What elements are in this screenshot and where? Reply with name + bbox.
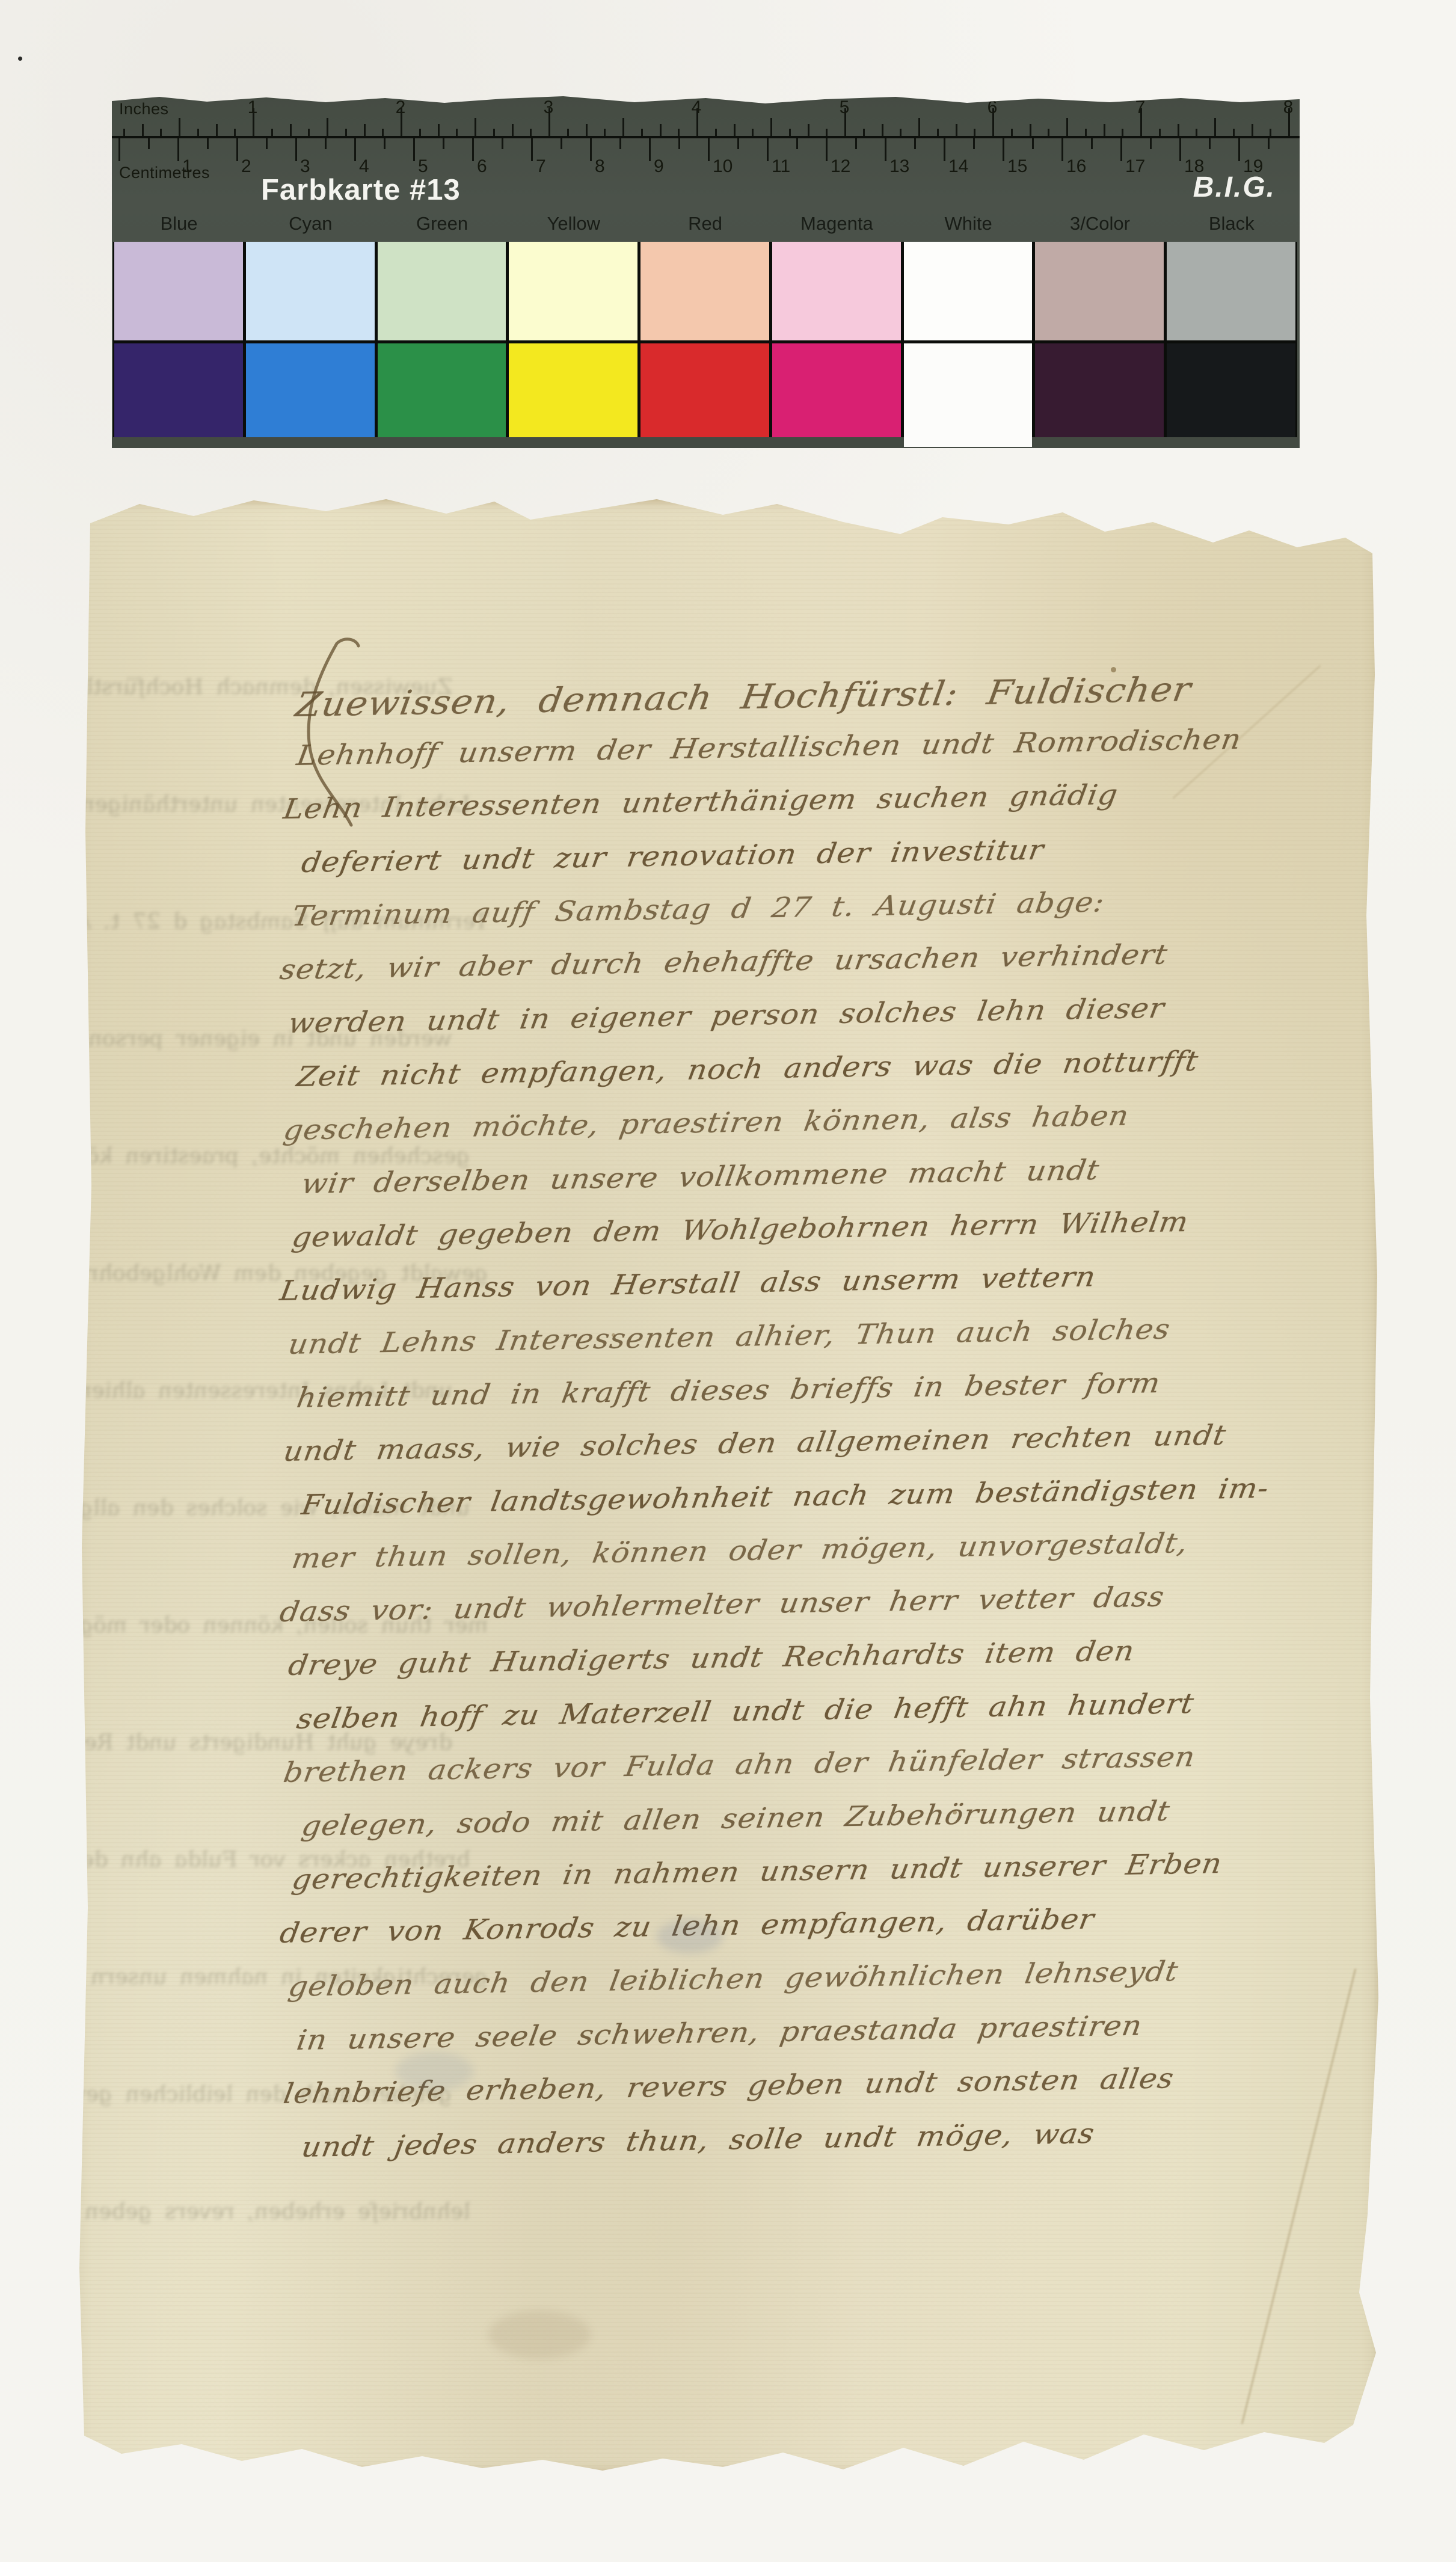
inch-tick <box>1104 124 1105 136</box>
color-patch-vivid <box>640 343 769 437</box>
cm-tick <box>767 138 769 161</box>
handwritten-line: geschehen möchte, praestiren können, als… <box>281 1099 1132 1146</box>
inch-tick <box>770 118 772 136</box>
handwritten-line: undt maass, wie solches den allgemeinen … <box>281 1419 1229 1467</box>
cm-tick <box>177 138 179 161</box>
handwritten-line: Terminum auff Sambstag d 27 t. Augusti a… <box>290 886 1107 932</box>
color-label-cyan: Cyan <box>245 213 376 235</box>
inch-tick <box>512 124 514 136</box>
cm-tick <box>914 138 916 149</box>
inch-tick <box>660 124 662 136</box>
handwritten-line: undt Lehns Interessenten alhier, Thun au… <box>286 1312 1173 1360</box>
color-patch-vivid <box>378 343 506 437</box>
patch-column-white <box>904 242 1033 437</box>
color-labels-row: BlueCyanGreenYellowRedMagentaWhite3/Colo… <box>112 213 1300 236</box>
cm-number: 9 <box>654 156 664 177</box>
cm-tick <box>944 138 945 161</box>
color-patch-vivid <box>1035 343 1164 437</box>
inch-tick <box>456 129 458 136</box>
handwritten-line: Fuldischer landtsgewohnheit nach zum bes… <box>299 1472 1271 1521</box>
cm-tick <box>708 138 710 161</box>
inch-tick <box>808 124 809 136</box>
inch-number: 8 <box>1283 97 1294 118</box>
handwritten-line: dass vor: undt wohlermelter unser herr v… <box>278 1580 1167 1628</box>
cm-tick <box>1268 138 1270 149</box>
inch-tick <box>1178 124 1179 136</box>
cm-tick <box>502 138 503 149</box>
cm-number: 7 <box>536 156 546 177</box>
handwritten-line: gewaldt gegeben dem Wohlgebohrnen herrn … <box>290 1205 1191 1253</box>
inch-number: 5 <box>840 97 850 118</box>
handwritten-line: hiemitt und in krafft dieses brieffs in … <box>295 1366 1163 1414</box>
inch-tick <box>1048 129 1049 136</box>
color-label-yellow: Yellow <box>508 213 639 235</box>
cm-number: 12 <box>831 156 850 177</box>
cm-tick <box>1238 138 1240 161</box>
inch-tick <box>234 129 236 136</box>
color-patch-pale <box>246 242 375 340</box>
handwritten-line: Ludwig Hanss von Herstall alss unserm ve… <box>278 1260 1099 1307</box>
patch-column-yellow <box>509 242 637 437</box>
cm-tick <box>1179 138 1181 161</box>
cm-tick <box>561 138 562 149</box>
color-patch-pale <box>1167 242 1295 340</box>
inch-tick <box>1233 129 1235 136</box>
color-patch-pale <box>509 242 637 340</box>
color-patch-pale <box>114 242 243 340</box>
handwritten-line: wir derselben unsere vollkommene macht u… <box>299 1154 1102 1200</box>
cm-tick <box>1209 138 1211 149</box>
inch-tick <box>586 124 588 136</box>
color-patch-vivid <box>772 343 901 437</box>
inch-tick <box>900 129 902 136</box>
color-patch-pale <box>772 242 901 340</box>
handwritten-line: Zeit nicht empfangen, noch anders was di… <box>295 1045 1201 1093</box>
paper-speck <box>1111 667 1116 672</box>
inch-tick <box>308 129 310 136</box>
inch-number: 7 <box>1135 97 1146 118</box>
inch-tick <box>1030 124 1031 136</box>
color-label-black: Black <box>1166 213 1297 235</box>
patch-column-magenta <box>772 242 901 437</box>
inch-tick <box>1159 129 1161 136</box>
cm-tick <box>855 138 857 149</box>
inch-ruler: 12345678 <box>112 95 1300 136</box>
inch-tick <box>752 129 754 136</box>
inch-number: 1 <box>248 97 258 118</box>
color-patch-pale <box>378 242 506 340</box>
cm-tick <box>678 138 680 149</box>
handwritten-line: deferiert undt zur renovation der invest… <box>299 834 1046 879</box>
color-label-3-color: 3/Color <box>1034 213 1166 235</box>
color-patch-vivid <box>246 343 375 437</box>
cm-number: 2 <box>241 156 251 177</box>
color-calibration-card: Inches 12345678 123456789101112131415161… <box>112 95 1300 448</box>
patch-column-3-color <box>1035 242 1164 437</box>
color-label-red: Red <box>639 213 771 235</box>
color-patch-pale <box>1035 242 1164 340</box>
cm-tick <box>472 138 474 161</box>
cm-tick <box>531 138 533 161</box>
color-patch-grid <box>113 242 1297 437</box>
cm-tick <box>295 138 297 161</box>
inch-tick <box>937 129 939 136</box>
inch-tick <box>567 129 569 136</box>
inch-tick <box>1270 129 1271 136</box>
inch-tick <box>918 118 920 136</box>
cm-number: 8 <box>595 156 605 177</box>
color-patch-pale <box>640 242 769 340</box>
inch-tick <box>216 124 218 136</box>
inch-tick <box>974 129 975 136</box>
inch-tick <box>956 124 957 136</box>
inch-tick <box>382 129 384 136</box>
inch-number: 4 <box>692 97 702 118</box>
centimetres-label: Centimetres <box>119 164 210 182</box>
cm-tick <box>885 138 886 161</box>
cm-tick <box>1061 138 1063 161</box>
patch-column-blue <box>114 242 243 437</box>
cm-tick <box>118 138 120 161</box>
handwritten-line: undt jedes anders thun, solle undt möge,… <box>299 2117 1098 2163</box>
cm-tick <box>649 138 651 161</box>
cm-tick <box>619 138 621 149</box>
handwritten-line: gerechtigkeiten in nahmen unsern undt un… <box>290 1847 1225 1896</box>
color-patch-pale <box>904 242 1033 340</box>
cm-tick <box>796 138 798 149</box>
cm-tick <box>413 138 415 161</box>
cm-number: 16 <box>1066 156 1086 177</box>
color-label-blue: Blue <box>113 213 245 235</box>
inch-tick <box>142 124 144 136</box>
cm-tick <box>148 138 150 149</box>
card-brand: B.I.G. <box>1193 171 1276 204</box>
inch-tick <box>622 118 624 136</box>
cm-tick <box>737 138 739 149</box>
inch-tick <box>678 129 680 136</box>
cm-tick <box>266 138 268 149</box>
handwritten-line: setzt, wir aber durch ehehaffte ursachen… <box>278 938 1170 986</box>
patch-column-black <box>1167 242 1295 437</box>
cm-tick <box>384 138 386 149</box>
cm-tick <box>207 138 209 149</box>
inch-tick <box>438 124 440 136</box>
cm-tick <box>1120 138 1122 161</box>
inch-tick <box>530 129 532 136</box>
inch-tick <box>419 129 421 136</box>
cm-number: 14 <box>948 156 968 177</box>
inch-number: 2 <box>396 97 406 118</box>
paper-stain <box>488 2311 591 2359</box>
inch-tick <box>1252 124 1253 136</box>
handwritten-line: werden undt in eigener person solches le… <box>286 992 1167 1039</box>
cm-number: 11 <box>772 156 790 177</box>
paper-speck <box>612 1333 615 1337</box>
cm-tick <box>973 138 975 149</box>
cm-number: 13 <box>889 156 909 177</box>
cm-number: 6 <box>477 156 487 177</box>
ink-stain <box>657 1920 723 1953</box>
inch-tick <box>826 129 828 136</box>
cm-tick <box>443 138 444 149</box>
inch-tick <box>290 124 292 136</box>
cm-tick <box>590 138 592 161</box>
inch-tick <box>475 118 476 136</box>
inch-number: 3 <box>544 97 554 118</box>
color-label-white: White <box>903 213 1034 235</box>
cm-tick <box>1091 138 1093 149</box>
inch-tick <box>179 118 180 136</box>
patch-column-red <box>640 242 769 437</box>
inch-tick <box>1122 129 1123 136</box>
inch-tick <box>271 129 273 136</box>
cm-tick <box>325 138 327 149</box>
inch-tick <box>641 129 643 136</box>
cm-number: 17 <box>1125 156 1145 177</box>
cm-tick <box>1150 138 1152 149</box>
handwritten-line: Zuewissen, demnach Hochfürstl: Fuldische… <box>293 670 1194 725</box>
cm-tick <box>1003 138 1004 161</box>
ink-stain <box>395 2052 473 2090</box>
inch-tick <box>1214 118 1216 136</box>
cm-tick <box>354 138 356 161</box>
color-patch-vivid <box>509 343 637 437</box>
cm-tick <box>1032 138 1034 149</box>
inch-tick <box>345 129 347 136</box>
paper-speck <box>953 1810 957 1814</box>
cm-number: 10 <box>713 156 733 177</box>
cm-number: 15 <box>1007 156 1027 177</box>
inch-tick <box>123 129 125 136</box>
inch-tick <box>364 124 366 136</box>
inch-tick <box>882 124 883 136</box>
color-patch-vivid <box>114 343 243 437</box>
inch-tick <box>715 129 717 136</box>
handwritten-line: gelegen, sodo mit allen seinen Zubehörun… <box>299 1795 1173 1842</box>
inch-tick <box>789 129 791 136</box>
scan-background: { "color_card": { "title": "Farbkarte #1… <box>0 0 1456 2562</box>
patch-column-green <box>378 242 506 437</box>
inch-tick <box>327 118 328 136</box>
cm-tick <box>826 138 828 161</box>
handwritten-text-block: Zuewissen, demnach Hochfürstl: Fuldische… <box>67 494 1384 2479</box>
color-label-green: Green <box>376 213 508 235</box>
inch-tick <box>1196 129 1197 136</box>
handwritten-line: brethen ackers vor Fulda ahn der hünfeld… <box>281 1740 1198 1789</box>
handwritten-line: geloben auch den leiblichen gewöhnlichen… <box>286 1955 1181 2003</box>
patch-column-cyan <box>246 242 375 437</box>
color-patch-vivid <box>1167 343 1295 437</box>
inch-tick <box>1085 129 1087 136</box>
handwritten-line: selben hoff zu Materzell undt die hefft … <box>295 1687 1197 1735</box>
inch-tick <box>604 129 606 136</box>
inch-tick <box>734 124 736 136</box>
handwritten-line: Lehn Interessenten unterthänigem suchen … <box>281 778 1120 825</box>
inch-tick <box>493 129 495 136</box>
inch-tick <box>1011 129 1013 136</box>
manuscript-page: Zuewissen, demnach Hochfürstl: Fuldische… <box>67 494 1384 2479</box>
card-title: Farbkarte #13 <box>261 173 461 207</box>
handwritten-line: mer thun sollen, können oder mögen, unvo… <box>290 1526 1191 1574</box>
inch-tick <box>1066 118 1068 136</box>
handwritten-line: dreye guht Hundigerts undt Rechhardts it… <box>286 1635 1137 1682</box>
color-label-magenta: Magenta <box>771 213 903 235</box>
handwritten-line: Lehnhoff unserm der Herstallischen undt … <box>295 723 1244 772</box>
inch-tick <box>160 129 162 136</box>
cm-tick <box>236 138 238 161</box>
inch-tick <box>863 129 865 136</box>
inch-number: 6 <box>988 97 998 118</box>
color-patch-vivid <box>904 343 1033 447</box>
handwritten-line: in unsere seele schwehren, praestanda pr… <box>295 2009 1145 2056</box>
inch-tick <box>197 129 199 136</box>
scan-speck <box>18 57 22 61</box>
